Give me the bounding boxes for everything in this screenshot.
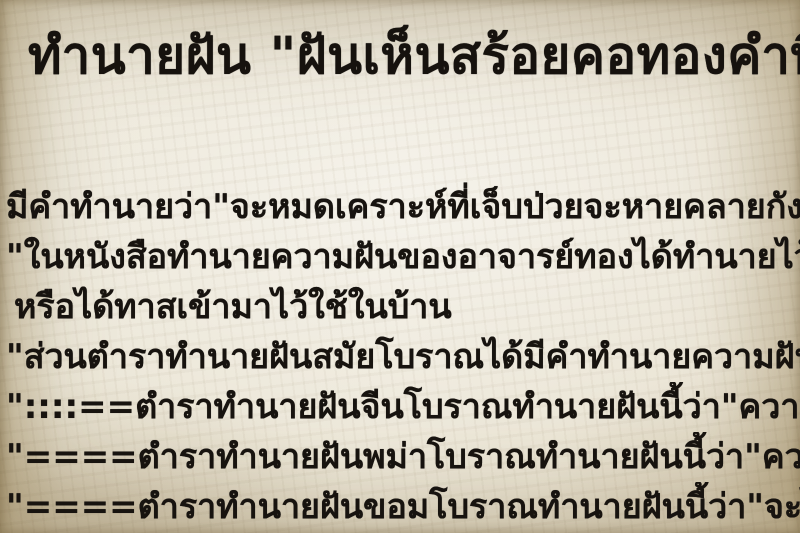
body-line: หรือได้ทาสเข้ามาไว้ใช้ในบ้าน bbox=[6, 282, 800, 332]
parchment-page: ทำนายฝัน "ฝันเห็นสร้อยคอทองคำที่สวมใส มี… bbox=[0, 0, 800, 533]
page-title: ทำนายฝัน "ฝันเห็นสร้อยคอทองคำที่สวมใส bbox=[28, 18, 800, 96]
body-line: "====ตำราทำนายฝันพม่าโบราณทำนายฝันนี้ว่า… bbox=[6, 432, 800, 482]
body-line: "::::==ตำราทำนายฝันจีนโบราณทำนายฝันนี้ว่… bbox=[6, 382, 800, 432]
body-line: "ส่วนตำราทำนายฝันสมัยโบราณได้มีคำทำนายคว… bbox=[6, 332, 800, 382]
body-line: "ในหนังสือทำนายความฝันของอาจารย์ทองได้ทำ… bbox=[6, 232, 800, 282]
prediction-text-block: มีคำทำนายว่า"จะหมดเคราะห์ที่เจ็บป่วยจะหา… bbox=[6, 182, 800, 533]
body-line: "====ตำราทำนายฝันขอมโบราณทำนายฝันนี้ว่า"… bbox=[6, 482, 800, 532]
body-line: มีคำทำนายว่า"จะหมดเคราะห์ที่เจ็บป่วยจะหา… bbox=[6, 182, 800, 232]
